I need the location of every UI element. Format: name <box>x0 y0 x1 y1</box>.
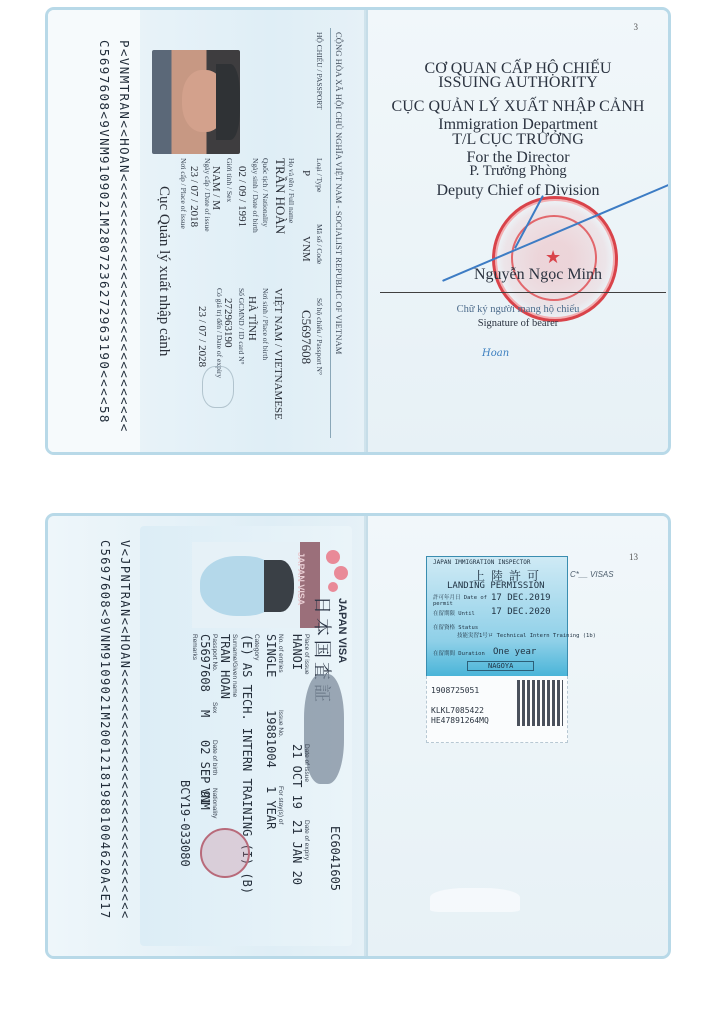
sex: M <box>198 710 212 717</box>
visa-photo-hair <box>264 560 294 612</box>
sticker-code-2: HE47891264MQ <box>431 716 489 725</box>
passport-number-label: Số hộ chiếu / Passport N° <box>315 298 324 375</box>
mountain-watermark <box>430 888 520 912</box>
mrz-line-2: C5697608<9VNM9109021M2807236272963190<<<… <box>97 40 112 424</box>
header-divider <box>330 28 331 438</box>
dob-value: 02 / 09 / 1991 <box>236 166 248 227</box>
qr-code-icon <box>517 680 563 726</box>
remarks-label: Remarks <box>191 634 198 660</box>
visa-mrz-line-1: V<JPNTRAN<<HOAN<<<<<<<<<<<<<<<<<<<<<<<<<… <box>118 540 132 919</box>
page-number: 13 <box>629 552 638 562</box>
issue-no: 19881004 <box>264 710 278 768</box>
port-of-entry: NAGOYA <box>467 661 534 671</box>
doc-title: HỘ CHIẾU / PASSPORT <box>315 32 324 109</box>
pob-label: Nơi sinh / Place of birth <box>261 288 270 360</box>
passport-spread: CỘNG HÒA XÃ HỘI CHỦ NGHĨA VIỆT NAM - SOC… <box>48 10 668 452</box>
pob-value: HÀ TĨNH <box>246 296 258 341</box>
visa-mrz-line-2: C5697608<9VNM9109021M200121819881004620A… <box>98 540 112 919</box>
visa-header-en: JAPAN VISA <box>336 598 348 663</box>
remarks: BCY19-033080 <box>178 780 192 867</box>
bearer-signature-label-en: Signature of bearer <box>368 318 668 329</box>
issue-place-value: Cục Quản lý xuất nhập cảnh <box>155 186 172 356</box>
seal-star-icon: ★ <box>545 247 561 268</box>
country-header: CỘNG HÒA XÃ HỘI CHỦ NGHĨA VIỆT NAM - SOC… <box>334 32 344 354</box>
department-vn: CỤC QUẢN LÝ XUẤT NHẬP CẢNH <box>368 98 668 116</box>
visa-hologram-seal <box>304 674 344 784</box>
fullname-value: TRẦN HOÀN <box>272 158 288 234</box>
date-of-expiry-label: Date of expiry <box>303 820 310 860</box>
passport-number-value: C5697608 <box>298 310 314 364</box>
entries: SINGLE <box>264 634 278 677</box>
issue-no-label: Issue No. <box>277 710 284 737</box>
code-label: Mã số / Code <box>315 224 324 264</box>
status-label: 在留資格 Status <box>433 623 478 631</box>
name: TRAN HOAN <box>218 634 232 699</box>
mrz-line-1: P<VNMTRAN<<HOAN<<<<<<<<<<<<<<<<<<<<<<<<<… <box>117 40 132 433</box>
cherry-blossom-icon <box>334 566 348 580</box>
issue-date-label: Ngày cấp / Date of issue <box>203 158 212 232</box>
cherry-blossom-icon <box>326 550 340 564</box>
status-value: 技能実習1号ロ Technical Intern Training (1b) <box>457 631 596 639</box>
for-director-vn: T/L CỤC TRƯỞNG <box>368 131 668 149</box>
nationality-label: Quốc tịch / Nationality <box>261 158 270 227</box>
visas-section-label: C*__ VISAS <box>570 570 614 579</box>
entries-label: No. of entries <box>277 634 284 673</box>
page-number: 3 <box>634 22 639 32</box>
photo-banner-text: JAPAN VISA <box>296 552 306 605</box>
name-label: Surname/Given name <box>231 634 238 697</box>
expiry-label: Có giá trị đến / Date of expiry <box>215 288 224 378</box>
issuing-authority-page: 3 CƠ QUAN CẤP HỘ CHIẾU ISSUING AUTHORITY… <box>366 10 668 452</box>
issue-place-label: Nơi cấp / Place of issue <box>179 158 188 229</box>
duration: One year <box>493 647 536 657</box>
duration-label: 在留期間 Duration <box>433 649 485 657</box>
sticker-code-1: KLKL7085422 <box>431 706 484 715</box>
dob-label: Date of birth <box>211 740 218 775</box>
consulate-seal <box>200 828 250 878</box>
until-date: 17 DEC.2020 <box>491 607 551 617</box>
fullname-label: Họ và tên / Full name <box>287 158 296 223</box>
landing-permission-stamp: JAPAN IMMIGRATION INSPECTOR 上陸許可 LANDING… <box>426 556 568 678</box>
type-label: Loại / Type <box>315 158 324 192</box>
until-label: 在留期限 Until <box>433 609 475 617</box>
nationality: VNM <box>198 788 212 810</box>
visa-photo: JAPAN VISA <box>192 542 320 628</box>
holder-photo <box>152 50 240 154</box>
dob-label: Ngày sinh / Date of birth <box>251 158 260 233</box>
inspector-label: JAPAN IMMIGRATION INSPECTOR <box>433 559 531 566</box>
place-of-issue: HANOI <box>290 634 304 670</box>
signature-divider <box>380 292 666 293</box>
japan-visa-page: JAPAN VISA JAPAN VISA 日本国査証 EC6041605 Pl… <box>48 516 366 956</box>
passport-no-label: Passport No. <box>211 634 218 672</box>
passport-no: C5697608 <box>198 634 212 692</box>
stay: 1 YEAR <box>264 786 278 829</box>
type-value: P <box>300 170 312 176</box>
date-of-expiry: 21 JAN 20 <box>290 820 304 885</box>
landing-stamp-page: 13 C*__ VISAS JAPAN IMMIGRATION INSPECTO… <box>366 516 668 956</box>
watermark-emblem <box>202 366 234 408</box>
sex-label: Giới tính / Sex <box>225 158 234 202</box>
deputy-title-en: Deputy Chief of Division <box>368 182 668 200</box>
issuing-authority-title-en: ISSUING AUTHORITY <box>368 74 668 92</box>
visa-number: EC6041605 <box>328 826 342 891</box>
landing-title-en: LANDING PERMISSION <box>447 581 545 591</box>
permit-date: 17 DEC.2019 <box>491 593 551 603</box>
nationality-value: VIỆT NAM / VIETNAMESE <box>272 288 284 420</box>
sticker-number: 1908725051 <box>431 686 479 695</box>
place-of-issue-label: Place of issue <box>303 634 310 674</box>
bearer-signature: Hoan <box>482 348 509 359</box>
sex-label: Sex <box>211 702 218 713</box>
date-of-issue-label: Date of issue <box>303 744 310 782</box>
signer-name: Nguyễn Ngọc Minh <box>408 266 668 284</box>
photo-hair <box>216 64 240 140</box>
nationality-label: Nationality <box>211 788 218 818</box>
date-of-issue: 21 OCT 19 <box>290 744 304 809</box>
passport-data-page: CỘNG HÒA XÃ HỘI CHỦ NGHĨA VIỆT NAM - SOC… <box>48 10 366 452</box>
deputy-title-vn: P. Trưởng Phòng <box>368 163 668 180</box>
code-value: VNM <box>300 236 312 262</box>
visa-sticker: JAPAN VISA JAPAN VISA 日本国査証 EC6041605 Pl… <box>140 526 352 946</box>
id-label: Số GCMND / ID card N° <box>237 288 246 365</box>
expiry-value: 23 / 07 / 2028 <box>196 306 208 367</box>
visa-spread: JAPAN VISA JAPAN VISA 日本国査証 EC6041605 Pl… <box>48 516 668 956</box>
bearer-signature-label-vn: Chữ ký người mang hộ chiếu <box>368 304 668 315</box>
permit-date-label: 許可年月日 Date of permit <box>433 593 493 607</box>
category-label: Category <box>253 634 260 660</box>
stay-label: For stay(s) of <box>277 786 284 824</box>
cherry-blossom-icon <box>328 582 338 592</box>
landing-sticker-lower: 1908725051 KLKL7085422 HE47891264MQ <box>426 676 568 743</box>
issue-date-value: 23 / 07 / 2018 <box>188 166 200 227</box>
